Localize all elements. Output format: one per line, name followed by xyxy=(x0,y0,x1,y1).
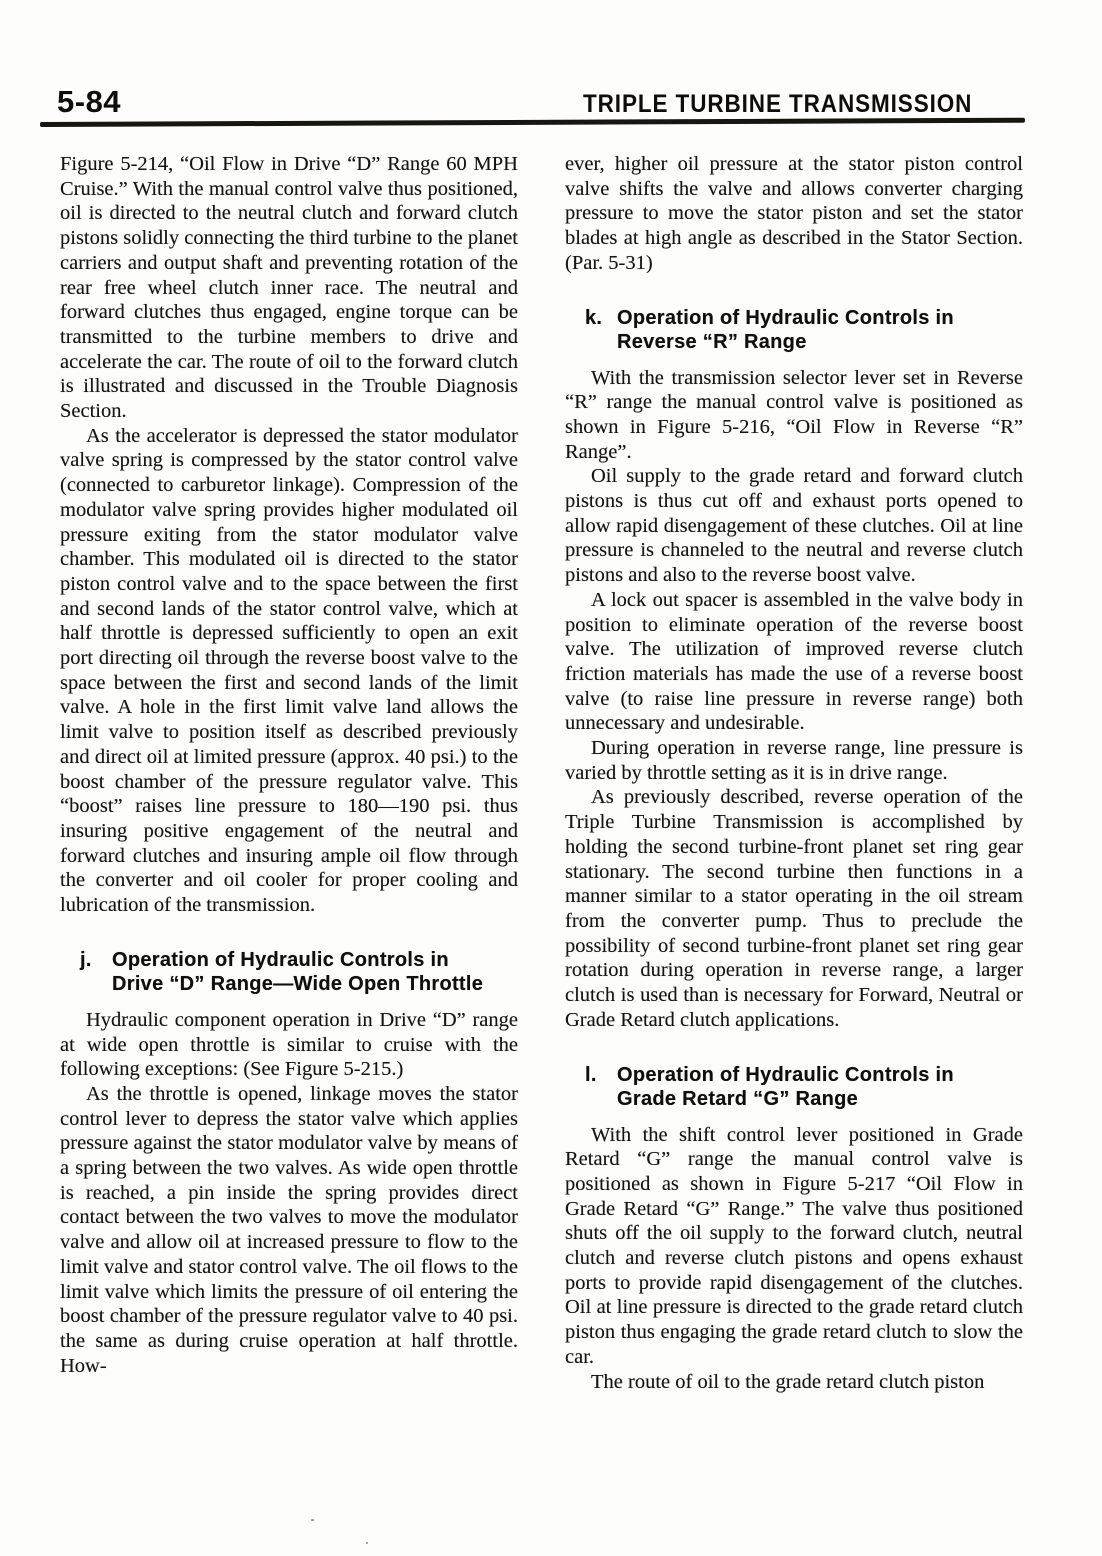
paragraph-reverse-line-pressure: During operation in reverse range, line … xyxy=(565,736,1023,785)
section-heading-k: k. Operation of Hydraulic Controls in Re… xyxy=(565,306,1023,355)
page-number: 5-84 xyxy=(57,84,121,120)
section-heading-j: j. Operation of Hydraulic Controls in Dr… xyxy=(60,948,518,997)
section-label-j: j. xyxy=(80,948,92,973)
paragraph-reverse-operation: As previously described, reverse operati… xyxy=(565,785,1023,1032)
header-rule xyxy=(40,118,1025,127)
manual-page: 5-84 TRIPLE TURBINE TRANSMISSION Figure … xyxy=(0,0,1102,1556)
heading-line: Drive “D” Range—Wide Open Throttle xyxy=(112,972,518,997)
section-label-l: l. xyxy=(585,1063,597,1088)
paragraph-lock-out-spacer: A lock out spacer is assembled in the va… xyxy=(565,588,1023,736)
section-heading-l: l. Operation of Hydraulic Controls in Gr… xyxy=(565,1063,1023,1112)
right-column: ever, higher oil pressure at the stator … xyxy=(565,152,1023,1394)
paragraph-route-of-oil: The route of oil to the grade retard clu… xyxy=(565,1370,1023,1395)
heading-line: Operation of Hydraulic Controls in xyxy=(617,306,1023,331)
text-columns: Figure 5-214, “Oil Flow in Drive “D” Ran… xyxy=(60,152,1023,1394)
heading-line: Operation of Hydraulic Controls in xyxy=(112,948,518,973)
paragraph-hydraulic-component: Hydraulic component operation in Drive “… xyxy=(60,1008,518,1082)
section-label-k: k. xyxy=(585,306,602,331)
paragraph-ever-higher-pressure: ever, higher oil pressure at the stator … xyxy=(565,152,1023,276)
scan-speck xyxy=(366,1542,368,1544)
page-title: TRIPLE TURBINE TRANSMISSION xyxy=(583,90,972,119)
heading-line: Operation of Hydraulic Controls in xyxy=(617,1063,1023,1088)
paragraph-selector-lever-reverse: With the transmission selector lever set… xyxy=(565,366,1023,465)
heading-line: Reverse “R” Range xyxy=(617,330,1023,355)
paragraph-oil-supply-cut-off: Oil supply to the grade retard and forwa… xyxy=(565,464,1023,588)
paragraph-grade-retard-positioned: With the shift control lever positioned … xyxy=(565,1123,1023,1370)
scan-speck xyxy=(311,1519,314,1521)
paragraph-throttle-opened: As the throttle is opened, linkage moves… xyxy=(60,1082,518,1378)
paragraph-figure-5-214: Figure 5-214, “Oil Flow in Drive “D” Ran… xyxy=(60,152,518,424)
heading-line: Grade Retard “G” Range xyxy=(617,1087,1023,1112)
paragraph-accelerator-depressed: As the accelerator is depressed the stat… xyxy=(60,424,518,918)
left-column: Figure 5-214, “Oil Flow in Drive “D” Ran… xyxy=(60,152,518,1394)
